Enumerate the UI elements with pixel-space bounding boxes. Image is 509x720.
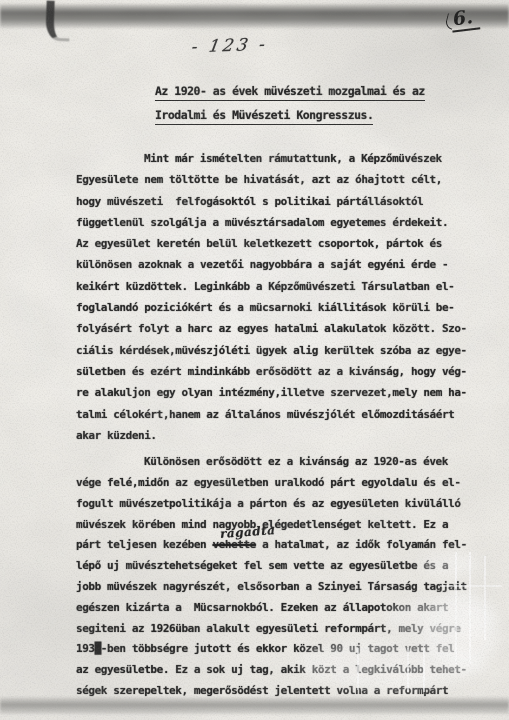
- text-line: függetlenül szolgálja a müvésztársadalom…: [76, 216, 476, 237]
- text-line: hogy müvészeti felfogásoktól s politikai…: [76, 195, 476, 216]
- watermark-patch: [385, 598, 495, 640]
- handwritten-page-number: - 123 -: [190, 35, 270, 58]
- watermark-line: [440, 585, 502, 587]
- scanned-document-page: 6. - 123 - Az 1920- as évek müvészeti mo…: [0, 0, 509, 720]
- text-line: Mint már ismételten rámutattunk, a Képző…: [76, 152, 476, 173]
- text-line: jobb müvészek nagyrészét, elsősorban a S…: [76, 580, 476, 601]
- text-line: re alakuljon egy olyan intézmény,illetve…: [76, 386, 476, 407]
- document-title-line2: Irodalmi és Müvészeti Kongresszus.: [155, 108, 373, 125]
- text-line: müvészek körében mind nagyobb elégedetle…: [76, 518, 476, 539]
- document-title-line1: Az 1920- as évek müvészeti mozgalmai és …: [155, 84, 425, 101]
- paragraph: Mint már ismételten rámutattunk, a Képző…: [76, 152, 476, 450]
- text-line: talmi célokért,hanem az általános müvész…: [76, 408, 476, 429]
- struck-out-word: vehette: [212, 538, 255, 551]
- text-line: Az egyesület keretén belül keletkezett c…: [76, 237, 476, 258]
- text-line: különösen azoknak a vezetői nagyobbára a…: [76, 258, 476, 279]
- text-line: ciális kérdések,müvészjóléti ügyek alig …: [76, 344, 476, 365]
- text-line: fogult müvészetpolitikája a párton és az…: [76, 497, 476, 518]
- text-line: keikért küzdöttek. Leginkább a Képzőmüvé…: [76, 280, 476, 301]
- text-line: sületben és ezért mindinkább erősödött a…: [76, 365, 476, 386]
- correction-group: vehetteragadta: [212, 538, 255, 551]
- watermark-patch: [420, 552, 480, 576]
- scan-top-edge-shadow: [0, 4, 509, 28]
- text-line: akar küzdeni.: [76, 429, 476, 450]
- text-line: lépő uj müvésztehetségeket fel sem vette…: [76, 559, 476, 580]
- handwritten-corner-number: 6.: [450, 5, 481, 32]
- text-line: párt teljesen kezében vehetteragadta a h…: [76, 538, 476, 559]
- text-line: foglalandó poziciókért és a mücsarnoki k…: [76, 301, 476, 322]
- watermark-patch: [300, 638, 485, 690]
- text-line: Egyesülete nem töltötte be hivatását, az…: [76, 173, 476, 194]
- text-line: Különösen erősödött ez a kivánság az 192…: [76, 455, 476, 476]
- text-line: vége felé,midőn az egyesületben uralkodó…: [76, 476, 476, 497]
- document-title: Az 1920- as évek müvészeti mozgalmai és …: [155, 84, 425, 132]
- text-segment: párt teljesen kezében: [76, 538, 212, 551]
- text-line: folyásért folyt a harc az egyes hatalmi …: [76, 322, 476, 343]
- pen-mark: [45, 1, 70, 42]
- text-segment: a hatalmat, az idők folyamán fel-: [256, 538, 467, 551]
